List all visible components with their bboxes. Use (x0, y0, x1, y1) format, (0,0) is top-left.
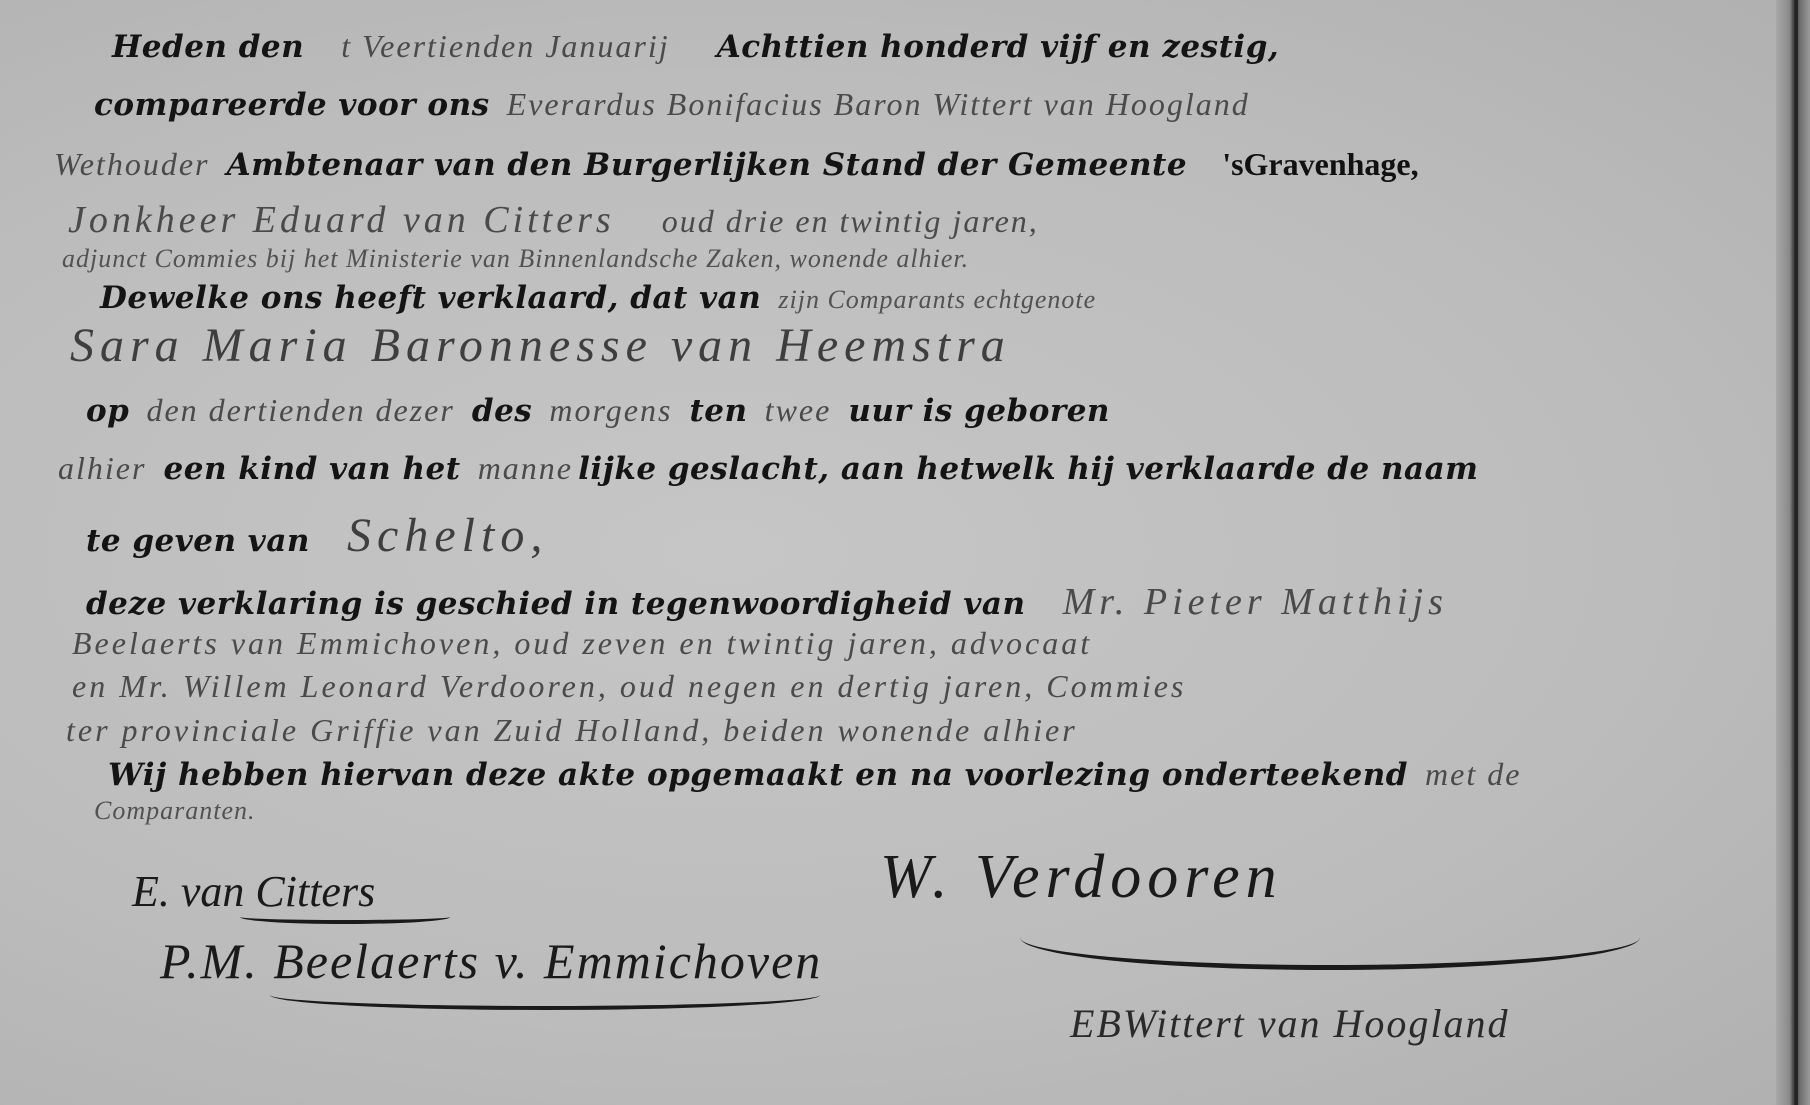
doc-line-15: Wij hebben hiervan deze akte opgemaakt e… (108, 756, 1533, 793)
handwritten-time-of-day: morgens (549, 392, 672, 429)
printed-text: een kind van het (164, 451, 461, 487)
doc-line-8: op den dertienden dezer des morgens ten … (86, 392, 1122, 429)
page-edge-line (1795, 0, 1798, 1105)
doc-line-3: Wethouder Ambtenaar van den Burgerlijken… (54, 146, 1431, 183)
doc-line-16: Comparanten. (94, 796, 268, 826)
handwritten-title: Wethouder (54, 146, 209, 183)
printed-text: uur is geboren (848, 393, 1110, 429)
printed-text: Heden den (112, 29, 304, 65)
signature-wittert-van-hoogland: EBWittert van Hoogland (1070, 1000, 1510, 1047)
handwritten-birth-date: den dertienden dezer (146, 392, 454, 429)
signature-flourish (1020, 905, 1640, 970)
handwritten-comparant-name: Jonkheer Eduard van Citters (68, 198, 615, 242)
handwritten-occupation: adjunct Commies bij het Ministerie van B… (62, 244, 969, 274)
handwritten-witness-2: en Mr. Willem Leonard Verdooren, oud neg… (72, 668, 1186, 705)
handwritten-text: Comparanten. (94, 796, 256, 826)
doc-line-6: Dewelke ons heeft verklaard, dat van zij… (100, 280, 1108, 316)
handwritten-text: met de (1425, 756, 1521, 793)
handwritten-mother-name: Sara Maria Baronnesse van Heemstra (70, 318, 1011, 373)
doc-line-1: Heden den t Veertienden Januarij Achttie… (112, 28, 1291, 65)
signature-verdooren: W. Verdooren (880, 842, 1283, 913)
handwritten-gender: manne (478, 450, 573, 487)
scanned-document-page: Heden den t Veertienden Januarij Achttie… (0, 0, 1810, 1105)
printed-text: op (86, 393, 129, 429)
doc-line-7: Sara Maria Baronnesse van Heemstra (70, 318, 1023, 373)
printed-text: Dewelke ons heeft verklaard, dat van (100, 280, 761, 316)
printed-text: lijke geslacht, aan hetwelk hij verklaar… (578, 451, 1478, 487)
printed-text: Ambtenaar van den Burgerlijken Stand der… (227, 147, 1188, 183)
doc-line-14: ter provinciale Griffie van Zuid Holland… (66, 712, 1090, 749)
signature-underline (240, 910, 450, 924)
handwritten-place: alhier (58, 450, 146, 487)
signature-underline (270, 980, 820, 1010)
handwritten-date: t Veertienden Januarij (341, 28, 669, 65)
doc-line-13: en Mr. Willem Leonard Verdooren, oud neg… (72, 668, 1198, 705)
doc-line-2: compareerde voor ons Everardus Bonifaciu… (94, 86, 1262, 123)
printed-text: ten (689, 393, 747, 429)
doc-line-11: deze verklaring is geschied in tegenwoor… (86, 580, 1460, 624)
printed-text: te geven van (86, 523, 310, 559)
handwritten-witness-1-name: Mr. Pieter Matthijs (1063, 580, 1448, 624)
handwritten-child-name: Schelto, (347, 508, 548, 563)
handwritten-witness-1-details: Beelaerts van Emmichoven, oud zeven en t… (72, 625, 1092, 662)
printed-year: Achttien honderd vijf en zestig, (717, 29, 1279, 65)
handwritten-text: zijn Comparants echtgenote (778, 285, 1096, 315)
printed-closing-text: Wij hebben hiervan deze akte opgemaakt e… (108, 757, 1408, 793)
printed-municipality: 'sGravenhage, (1222, 146, 1418, 183)
doc-line-5: adjunct Commies bij het Ministerie van B… (62, 244, 981, 274)
handwritten-age: oud drie en twintig jaren, (662, 203, 1039, 240)
doc-line-10: te geven van Schelto, (86, 508, 560, 563)
handwritten-hour: twee (765, 392, 832, 429)
doc-line-12: Beelaerts van Emmichoven, oud zeven en t… (72, 625, 1104, 662)
handwritten-witness-2-details: ter provinciale Griffie van Zuid Holland… (66, 712, 1078, 749)
printed-text: compareerde voor ons (94, 87, 490, 123)
printed-text: deze verklaring is geschied in tegenwoor… (86, 586, 1026, 622)
handwritten-official-name: Everardus Bonifacius Baron Wittert van H… (507, 86, 1250, 123)
printed-text: des (472, 393, 532, 429)
page-binding-edge (1776, 0, 1810, 1105)
doc-line-4: Jonkheer Eduard van Citters oud drie en … (68, 198, 1051, 242)
doc-line-9: alhier een kind van het manne lijke gesl… (58, 450, 1490, 487)
